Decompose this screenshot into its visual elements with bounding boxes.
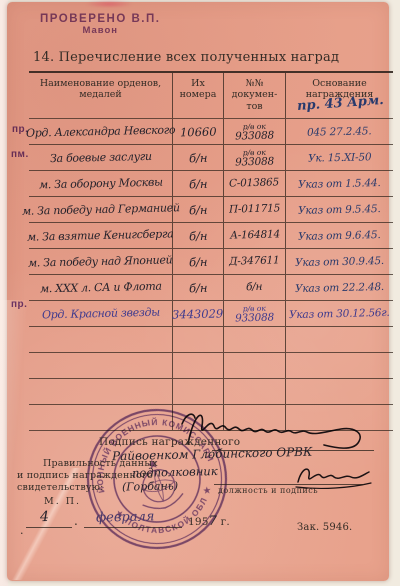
award-name: Орд. Александра Невского (26, 123, 176, 139)
doc-number: П-011715 (229, 204, 280, 216)
award-number: б/н (189, 150, 208, 164)
award-basis: Указ от 9.6.45. (298, 229, 381, 243)
doc-number: б/н (246, 282, 263, 293)
official-title-line2: подполковник (132, 464, 218, 480)
verified-stamp: ПРОВЕРЕНО В.П. Мавон (40, 13, 160, 37)
header-name: Наименование орденов, медалей (29, 73, 172, 118)
header-doc-line1: №№ (246, 78, 264, 89)
award-basis: Указ от 30.9.45. (295, 254, 384, 268)
table-row-victory-germany: м. За победу над Германией б/н П-011715 … (29, 197, 393, 223)
awards-table: Наименование орденов, медалей Их номера … (29, 71, 393, 431)
scanned-award-card: ПРОВЕРЕНО В.П. Мавон 14. Перечисление вс… (0, 0, 400, 586)
row-prefix-stamp: пр. (11, 299, 27, 310)
table-header-row: Наименование орденов, медалей Их номера … (29, 71, 393, 119)
date-day-handwritten: 4 (40, 509, 49, 525)
table-row-red-star: Орд. Красной звезды 3443029 р/в ок933088… (29, 301, 393, 327)
table-row-combat-merit: За боевые заслуги б/н р/в ок933088 Ук. 1… (29, 145, 393, 171)
award-name: м. За победу над Германией (22, 201, 180, 218)
table-row-empty (29, 353, 393, 379)
date-leading-dot: . (20, 524, 24, 537)
header-name-line1: Наименование орденов, (40, 78, 161, 89)
award-name: Орд. Красной звезды (41, 306, 159, 322)
table-row-empty (29, 379, 393, 405)
doc-number: А-164814 (229, 230, 279, 242)
header-doc-line3: тов (246, 101, 262, 112)
date-year: 1957 г. (188, 514, 230, 529)
doc-number: 933088 (235, 129, 274, 141)
award-number: б/н (189, 280, 208, 294)
table-row-victory-japan: м. За победу над Японией б/н Д-347611 Ук… (29, 249, 393, 275)
table-row-nevsky: Орд. Александра Невского 10660 р/в ок933… (29, 119, 393, 145)
date-separator-dot: . (74, 514, 78, 528)
award-basis: Указ от 30.12.56г. (289, 306, 390, 320)
row-prefix-stamp: пр. (12, 124, 28, 135)
doc-number: 933088 (235, 311, 274, 323)
row-prefix-stamp: пм. (11, 149, 29, 160)
header-number: Их номера (172, 73, 223, 118)
header-documents: №№ докумен- тов (223, 73, 285, 118)
section-heading: 14. Перечисление всех полученных наград (33, 50, 339, 65)
doc-number: Д-347611 (229, 256, 280, 268)
award-number: б/н (189, 202, 208, 216)
position-and-signature-label: должность и подпись (218, 486, 318, 495)
year-suffix: г. (217, 516, 230, 528)
date-month-line (84, 527, 182, 528)
header-number-line2: номера (180, 89, 217, 100)
award-number: б/н (189, 254, 208, 268)
header-basis-line1: Основание (312, 78, 366, 89)
award-basis: Указ от 22.2.48. (295, 280, 384, 294)
doc-number: 933088 (235, 155, 274, 167)
award-number: б/н (189, 228, 208, 242)
award-number: б/н (189, 176, 208, 190)
header-name-line2: медалей (79, 89, 122, 100)
certify-line3: свидетельствую: (17, 482, 104, 493)
header-doc-line2: докумен- (232, 89, 278, 100)
year-handwritten-digit: 7 (209, 514, 217, 529)
date-day-line (26, 527, 72, 528)
official-signature-line (214, 484, 364, 485)
award-basis: Ук. 15.XI-50 (308, 151, 372, 164)
table-row-empty (29, 327, 393, 353)
date-month-handwritten: февраля (96, 509, 155, 525)
table-row-koenigsberg: м. За взятие Кенигсберга б/н А-164814 Ук… (29, 223, 393, 249)
award-name: м. За оборону Москвы (38, 176, 162, 192)
award-basis: 045 27.2.45. (307, 125, 372, 138)
official-name: (Горбань) (122, 479, 178, 493)
award-basis: Указ от 1.5.44. (298, 177, 381, 191)
award-name: м. За взятие Кенигсберга (27, 227, 174, 243)
award-name: м. За победу над Японией (28, 253, 173, 269)
award-number: 3443029 (172, 306, 224, 321)
verified-stamp-line2: Мавон (40, 26, 160, 37)
award-name: м. XXX л. СА и Флота (40, 280, 162, 296)
print-order-number: Зак. 5946. (297, 522, 352, 533)
award-basis: Указ от 9.5.45. (298, 203, 381, 217)
table-row-30-years: м. XXX л. СА и Флота б/н б/н Указ от 22.… (29, 275, 393, 301)
header-number-line1: Их (191, 78, 205, 89)
year-printed: 195 (188, 516, 209, 528)
award-number: 10660 (180, 124, 217, 139)
seal-place-label: М. П. (44, 496, 81, 507)
award-name: За боевые заслуги (49, 150, 151, 165)
table-row-moscow-defense: м. За оборону Москвы б/н С-013865 Указ о… (29, 171, 393, 197)
doc-number: С-013865 (229, 178, 279, 190)
